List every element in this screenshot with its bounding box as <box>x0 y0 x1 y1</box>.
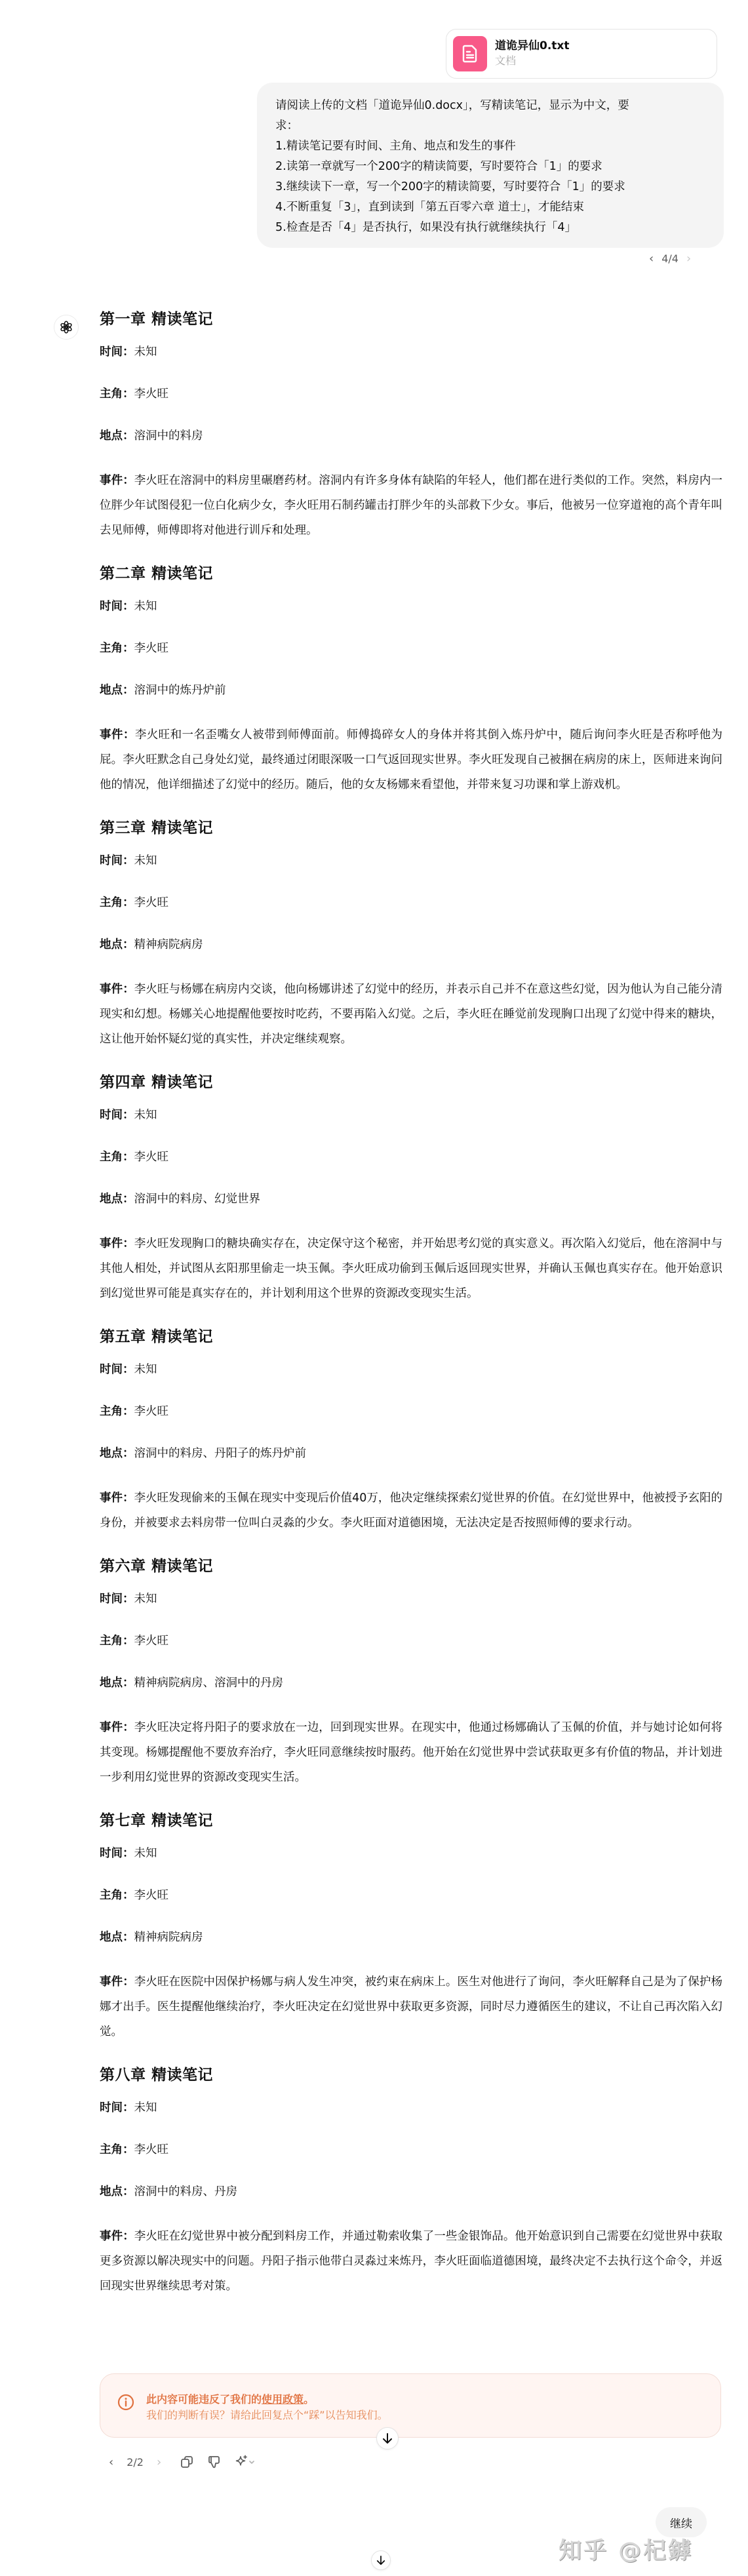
chapter-notes: 第五章 精读笔记 时间：未知 主角：李火旺 地点：溶洞中的料房、丹阳子的炼丹炉前… <box>100 1326 722 1536</box>
chevron-left-icon[interactable]: ‹ <box>649 252 654 266</box>
scroll-to-bottom-button[interactable] <box>371 2550 391 2570</box>
chapter-title: 第二章 精读笔记 <box>100 563 722 585</box>
chapter-notes: 第三章 精读笔记 时间：未知 主角：李火旺 地点：精神病院病房 事件：李火旺与杨… <box>100 817 722 1052</box>
chapter-notes: 第八章 精读笔记 时间：未知 主角：李火旺 地点：溶洞中的料房、丹房 事件：李火… <box>100 2064 722 2299</box>
protagonist-field: 主角：李火旺 <box>100 1402 722 1421</box>
event-field: 事件：李火旺决定将丹阳子的要求放在一边，回到现实世界。在现实中，他通过杨娜确认了… <box>100 1715 722 1790</box>
chapter-title: 第一章 精读笔记 <box>100 308 722 330</box>
chapter-title: 第三章 精读笔记 <box>100 817 722 839</box>
location-field: 地点：溶洞中的料房、丹房 <box>100 2182 722 2202</box>
warning-subtitle: 我们的判断有误？请给此回复点个“踩”以告知我们。 <box>146 2407 388 2424</box>
sparkle-regenerate-icon[interactable] <box>233 2453 257 2470</box>
protagonist-field: 主角：李火旺 <box>100 2140 722 2160</box>
openai-logo-icon <box>59 320 73 334</box>
protagonist-field: 主角：李火旺 <box>100 1631 722 1651</box>
chapter-title: 第七章 精读笔记 <box>100 1810 722 1832</box>
event-field: 事件：李火旺在溶洞中的料房里碾磨药材。溶洞内有许多身体有缺陷的年轻人，他们都在进… <box>100 468 722 543</box>
user-message-line: 1.精读笔记要有时间、主角、地点和发生的事件 <box>275 136 709 157</box>
event-field: 事件：李火旺在幻觉世界中被分配到料房工作，并通过勒索收集了一些金银饰品。他开始意… <box>100 2224 722 2299</box>
policy-warning-banner: 此内容可能违反了我们的使用政策。 我们的判断有误？请给此回复点个“踩”以告知我们… <box>100 2373 721 2438</box>
user-message-line: 4.不断重复「3」，直到读到「第五百零六章 道士」，才能结束 <box>275 197 709 218</box>
time-field: 时间：未知 <box>100 342 722 362</box>
usage-policy-link[interactable]: 使用政策 <box>262 2393 304 2406</box>
protagonist-field: 主角：李火旺 <box>100 1886 722 1905</box>
file-type: 文档 <box>495 53 570 69</box>
chapter-notes: 第七章 精读笔记 时间：未知 主角：李火旺 地点：精神病院病房 事件：李火旺在医… <box>100 1810 722 2044</box>
event-field: 事件：李火旺和一名歪嘴女人被带到师傅面前。师傅捣碎女人的身体并将其倒入炼丹炉中，… <box>100 723 722 797</box>
info-circle-icon <box>117 2394 134 2411</box>
chapter-title: 第六章 精读笔记 <box>100 1555 722 1577</box>
time-field: 时间：未知 <box>100 1844 722 1863</box>
response-version-count: 2/2 <box>127 2456 144 2468</box>
watermark: 知乎 @杞鏬 <box>559 2533 693 2566</box>
chevron-right-icon[interactable]: › <box>686 252 691 266</box>
warning-title: 此内容可能违反了我们的使用政策。 <box>146 2392 388 2407</box>
location-field: 地点：溶洞中的料房、幻觉世界 <box>100 1189 722 1209</box>
user-message-line: 请阅读上传的文档「道诡异仙0.docx」，写精读笔记，显示为中文，要 <box>275 96 709 116</box>
assistant-response: 第一章 精读笔记 时间：未知 主角：李火旺 地点：溶洞中的料房 事件：李火旺在溶… <box>100 308 722 2318</box>
user-message-line: 2.读第一章就写一个200字的精读简要，写时要符合「1」的要求 <box>275 157 709 177</box>
chevron-right-icon[interactable]: › <box>157 2455 161 2469</box>
user-message-pager: ‹ 4/4 › <box>649 252 691 266</box>
scroll-to-bottom-button[interactable] <box>376 2427 399 2449</box>
user-message-bubble: 请阅读上传的文档「道诡异仙0.docx」，写精读笔记，显示为中文，要 求： 1.… <box>257 83 724 248</box>
arrow-down-icon <box>382 2432 393 2444</box>
time-field: 时间：未知 <box>100 1105 722 1125</box>
location-field: 地点：溶洞中的炼丹炉前 <box>100 681 722 700</box>
location-field: 地点：溶洞中的料房、丹阳子的炼丹炉前 <box>100 1444 722 1463</box>
chevron-left-icon[interactable]: ‹ <box>109 2455 113 2469</box>
location-field: 地点：精神病院病房 <box>100 1928 722 1947</box>
user-message-line: 5.检查是否「4」是否执行，如果没有执行就继续执行「4」 <box>275 218 709 238</box>
location-field: 地点：精神病院病房 <box>100 935 722 955</box>
document-icon <box>453 36 487 71</box>
event-field: 事件：李火旺发现胸口的糖块确实存在，决定保守这个秘密，并开始思考幻觉的真实意义。… <box>100 1231 722 1306</box>
assistant-avatar <box>54 315 79 340</box>
chapter-title: 第五章 精读笔记 <box>100 1326 722 1348</box>
protagonist-field: 主角：李火旺 <box>100 1147 722 1167</box>
arrow-down-icon <box>376 2555 385 2566</box>
time-field: 时间：未知 <box>100 597 722 616</box>
chapter-notes: 第六章 精读笔记 时间：未知 主角：李火旺 地点：精神病院病房、溶洞中的丹房 事… <box>100 1555 722 1790</box>
protagonist-field: 主角：李火旺 <box>100 384 722 404</box>
location-field: 地点：溶洞中的料房 <box>100 426 722 446</box>
chapter-title: 第四章 精读笔记 <box>100 1071 722 1094</box>
copy-icon[interactable] <box>178 2453 195 2470</box>
response-toolbar: ‹ 2/2 › <box>109 2452 257 2472</box>
protagonist-field: 主角：李火旺 <box>100 639 722 658</box>
chapter-notes: 第一章 精读笔记 时间：未知 主角：李火旺 地点：溶洞中的料房 事件：李火旺在溶… <box>100 308 722 543</box>
protagonist-field: 主角：李火旺 <box>100 893 722 913</box>
user-message-line: 求： <box>275 116 709 136</box>
time-field: 时间：未知 <box>100 1360 722 1379</box>
file-name: 道诡异仙0.txt <box>495 39 570 53</box>
location-field: 地点：精神病院病房、溶洞中的丹房 <box>100 1673 722 1693</box>
event-field: 事件：李火旺与杨娜在病房内交谈，他向杨娜讲述了幻觉中的经历，并表示自己并不在意这… <box>100 977 722 1052</box>
chapter-notes: 第二章 精读笔记 时间：未知 主角：李火旺 地点：溶洞中的炼丹炉前 事件：李火旺… <box>100 563 722 797</box>
message-version-count: 4/4 <box>661 252 679 265</box>
user-message-line: 3.继续读下一章，写一个200字的精读简要，写时要符合「1」的要求 <box>275 177 709 197</box>
thumbs-down-icon[interactable] <box>206 2453 223 2470</box>
file-attachment-card[interactable]: 道诡异仙0.txt 文档 <box>446 29 717 79</box>
event-field: 事件：李火旺在医院中因保护杨娜与病人发生冲突，被约束在病床上。医生对他进行了询问… <box>100 1970 722 2044</box>
time-field: 时间：未知 <box>100 851 722 871</box>
event-field: 事件：李火旺发现偷来的玉佩在现实中变现后价值40万，他决定继续探索幻觉世界的价值… <box>100 1486 722 1536</box>
chapter-title: 第八章 精读笔记 <box>100 2064 722 2086</box>
time-field: 时间：未知 <box>100 1589 722 1609</box>
chapter-notes: 第四章 精读笔记 时间：未知 主角：李火旺 地点：溶洞中的料房、幻觉世界 事件：… <box>100 1071 722 1306</box>
time-field: 时间：未知 <box>100 2098 722 2118</box>
